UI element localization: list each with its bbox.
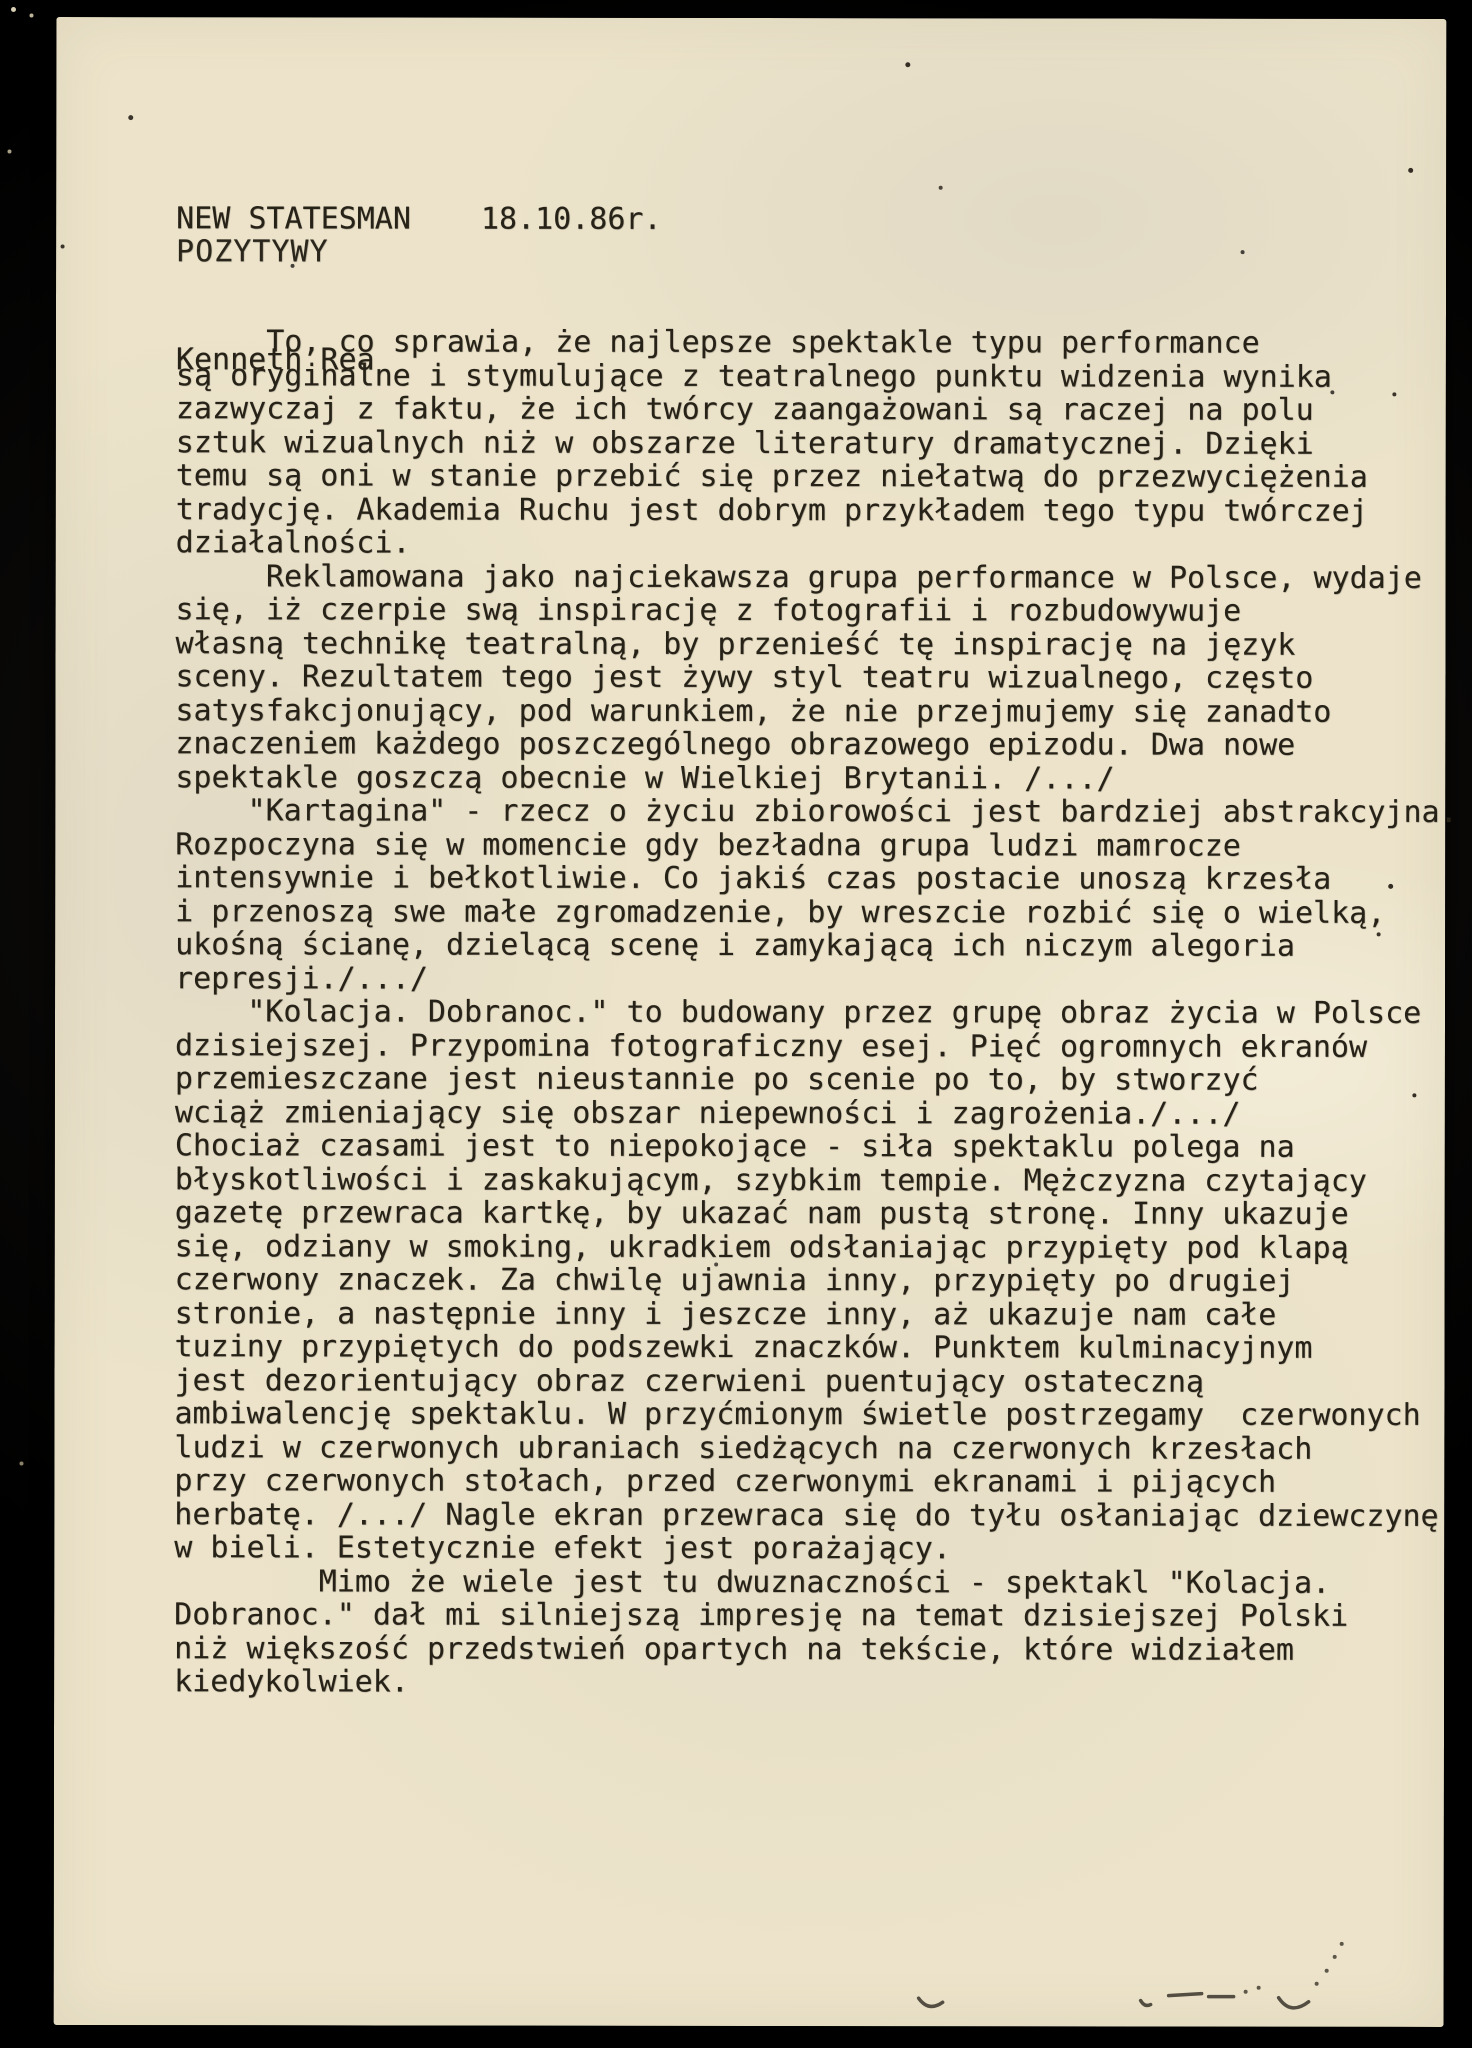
pencil-comma — [1141, 2001, 1151, 2006]
pencil-check-right — [1279, 1998, 1309, 2008]
pencil-marks — [859, 1925, 1359, 2036]
pencil-check-left — [919, 1998, 943, 2006]
document-title: POZYTYWY — [176, 234, 329, 269]
document-page: NEW STATESMAN18.10.86r. Kenneth Rea POZY… — [54, 17, 1447, 2027]
publication-name: NEW STATESMAN — [176, 201, 411, 236]
scanner-dust-specks — [0, 0, 3, 3]
document-body-text: To, co sprawia, że najlepsze spektakle t… — [174, 325, 1458, 1700]
publication-date: 18.10.86r. — [481, 196, 662, 243]
scanned-page-photo: NEW STATESMAN18.10.86r. Kenneth Rea POZY… — [0, 0, 1472, 2048]
pencil-dash-1 — [1169, 1994, 1202, 1996]
paper-dust-specks — [56, 17, 59, 20]
pencil-dots — [1244, 1942, 1344, 1994]
